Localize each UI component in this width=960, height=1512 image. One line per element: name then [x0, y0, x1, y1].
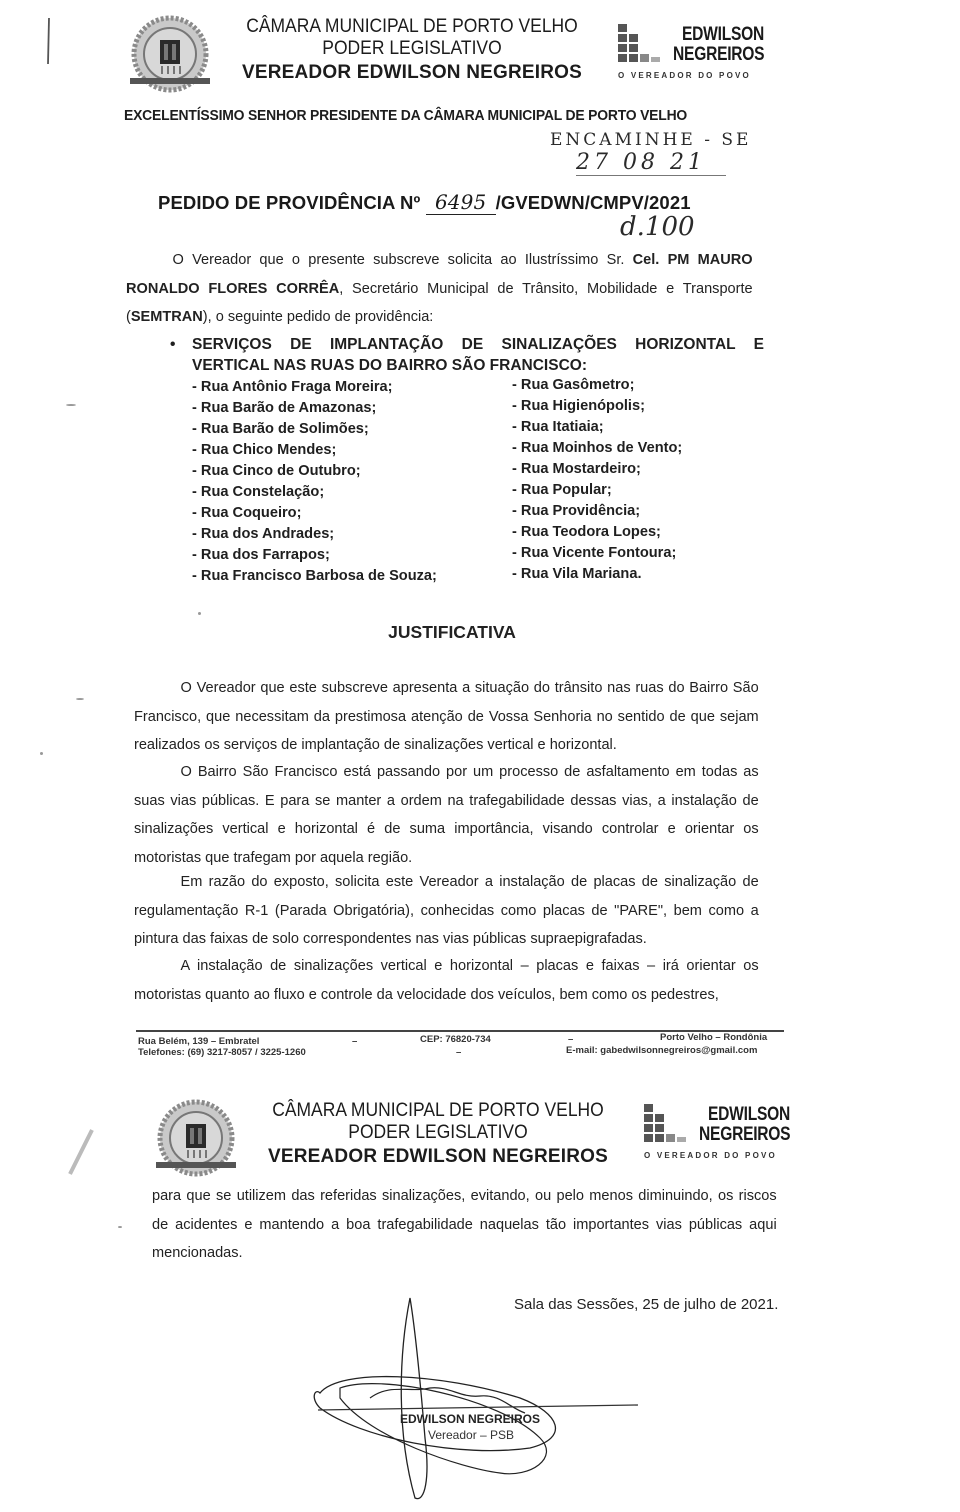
justification-paragraph-3: Em razão do exposto, solicita este Verea… — [134, 868, 759, 954]
justification-continuation: para que se utilizem das referidas sinal… — [152, 1182, 777, 1268]
footer-phones: Telefones: (69) 3217-8057 / 3225-1260 — [138, 1047, 306, 1058]
footer-cep: CEP: 76820-734 — [420, 1034, 491, 1045]
list-item: - Rua Popular; — [512, 480, 682, 501]
addressee: EXCELENTÍSSIMO SENHOR PRESIDENTE DA CÂMA… — [124, 108, 687, 124]
dispatch-stamp-line-1: ENCAMINHE - SE — [550, 130, 751, 150]
margin-pen-mark — [46, 16, 50, 64]
justification-paragraph-2: O Bairro São Francisco está passando por… — [134, 758, 759, 872]
list-item: - Rua Vila Mariana. — [512, 564, 682, 585]
brand-name-1: EDWILSON — [708, 1106, 790, 1124]
request-number: 6495 — [426, 190, 496, 215]
list-item: - Rua Coqueiro; — [192, 503, 437, 524]
footer-separator: – — [568, 1034, 573, 1045]
handwritten-annotation: d.100 — [620, 212, 695, 242]
list-item: - Rua Moinhos de Vento; — [512, 438, 682, 459]
list-item: - Rua Barão de Amazonas; — [192, 398, 437, 419]
list-item: - Rua Mostardeiro; — [512, 459, 682, 480]
letterhead-line-2: PODER LEGISLATIVO — [263, 1122, 613, 1144]
signer-name: EDWILSON NEGREIROS — [400, 1412, 540, 1426]
justification-paragraph-1: O Vereador que este subscreve apresenta … — [134, 674, 759, 760]
signature-block: EDWILSON NEGREIROS Vereador – PSB — [300, 1288, 660, 1508]
bullet-icon: • — [170, 334, 175, 355]
list-item: - Rua Itatiaia; — [512, 417, 682, 438]
footer-email: E-mail: gabedwilsonnegreiros@gmail.com — [566, 1045, 757, 1056]
streets-list-right: - Rua Gasômetro; - Rua Higienópolis; - R… — [512, 375, 682, 585]
brand-slogan: O VEREADOR DO POVO — [618, 71, 751, 80]
letterhead-line-2: PODER LEGISLATIVO — [237, 38, 587, 60]
agency-acronym: SEMTRAN — [131, 308, 203, 325]
bar-steps-logo-icon — [618, 24, 678, 70]
brand-slogan: O VEREADOR DO POVO — [644, 1151, 777, 1160]
dispatch-stamp-date: 27 08 21 — [576, 150, 726, 176]
list-item: - Rua Antônio Fraga Moreira; — [192, 377, 437, 398]
list-item: - Rua Vicente Fontoura; — [512, 543, 682, 564]
request-heading: • SERVIÇOS DE IMPLANTAÇÃO DE SINALIZAÇÕE… — [192, 334, 772, 376]
brand-name-1: EDWILSON — [682, 26, 764, 44]
list-item: - Rua Francisco Barbosa de Souza; — [192, 566, 437, 587]
signer-role: Vereador – PSB — [428, 1428, 514, 1442]
title-suffix: /GVEDWN/CMPV/2021 — [496, 192, 691, 213]
list-item: - Rua dos Farrapos; — [192, 545, 437, 566]
scan-speck — [40, 752, 43, 755]
bar-steps-logo-icon — [644, 1104, 704, 1150]
list-item: - Rua Constelação; — [192, 482, 437, 503]
footer-separator: – — [456, 1047, 461, 1058]
brand-logo: EDWILSON NEGREIROS O VEREADOR DO POVO — [618, 24, 768, 86]
request-heading-line-2: VERTICAL NAS RUAS DO BAIRRO SÃO FRANCISC… — [192, 355, 772, 376]
list-item: - Rua Barão de Solimões; — [192, 419, 437, 440]
letterhead-line-3: VEREADOR EDWILSON NEGREIROS — [222, 62, 602, 84]
letterhead-line-1: CÂMARA MUNICIPAL DE PORTO VELHO — [237, 16, 587, 38]
footer-city: Porto Velho – Rondônia — [660, 1032, 767, 1043]
intro-paragraph: O Vereador que o presente subscreve soli… — [126, 246, 753, 332]
footer-separator: – — [352, 1036, 357, 1047]
footer-address: Rua Belém, 139 – Embratel — [138, 1036, 259, 1047]
title-prefix: PEDIDO DE PROVIDÊNCIA Nº — [158, 192, 420, 213]
crest-icon — [148, 1094, 244, 1182]
handwritten-signature-icon — [300, 1288, 660, 1508]
list-item: - Rua dos Andrades; — [192, 524, 437, 545]
list-item: - Rua Chico Mendes; — [192, 440, 437, 461]
letterhead-line-1: CÂMARA MUNICIPAL DE PORTO VELHO — [263, 1100, 613, 1122]
scan-speck — [118, 1226, 122, 1228]
brand-logo: EDWILSON NEGREIROS O VEREADOR DO POVO — [644, 1104, 794, 1166]
scan-speck — [66, 404, 76, 406]
list-item: - Rua Cinco de Outubro; — [192, 461, 437, 482]
list-item: - Rua Teodora Lopes; — [512, 522, 682, 543]
crest-icon — [122, 10, 218, 98]
justification-title: JUSTIFICATIVA — [352, 622, 552, 643]
letterhead: CÂMARA MUNICIPAL DE PORTO VELHO PODER LE… — [222, 16, 602, 84]
letterhead-line-3: VEREADOR EDWILSON NEGREIROS — [248, 1146, 628, 1168]
brand-name-2: NEGREIROS — [673, 46, 764, 64]
list-item: - Rua Higienópolis; — [512, 396, 682, 417]
brand-name-2: NEGREIROS — [699, 1126, 790, 1144]
list-item: - Rua Gasômetro; — [512, 375, 682, 396]
scan-streak-mark — [66, 1128, 96, 1183]
letterhead-page-2: CÂMARA MUNICIPAL DE PORTO VELHO PODER LE… — [248, 1100, 628, 1168]
scan-speck — [76, 698, 84, 700]
justification-paragraph-4: A instalação de sinalizações vertical e … — [134, 952, 759, 1009]
scan-speck — [198, 612, 201, 615]
streets-list-left: - Rua Antônio Fraga Moreira; - Rua Barão… — [192, 377, 437, 587]
list-item: - Rua Providência; — [512, 501, 682, 522]
request-heading-line-1: SERVIÇOS DE IMPLANTAÇÃO DE SINALIZAÇÕES … — [192, 334, 772, 355]
document-title: PEDIDO DE PROVIDÊNCIA Nº 6495/GVEDWN/CMP… — [158, 190, 691, 215]
